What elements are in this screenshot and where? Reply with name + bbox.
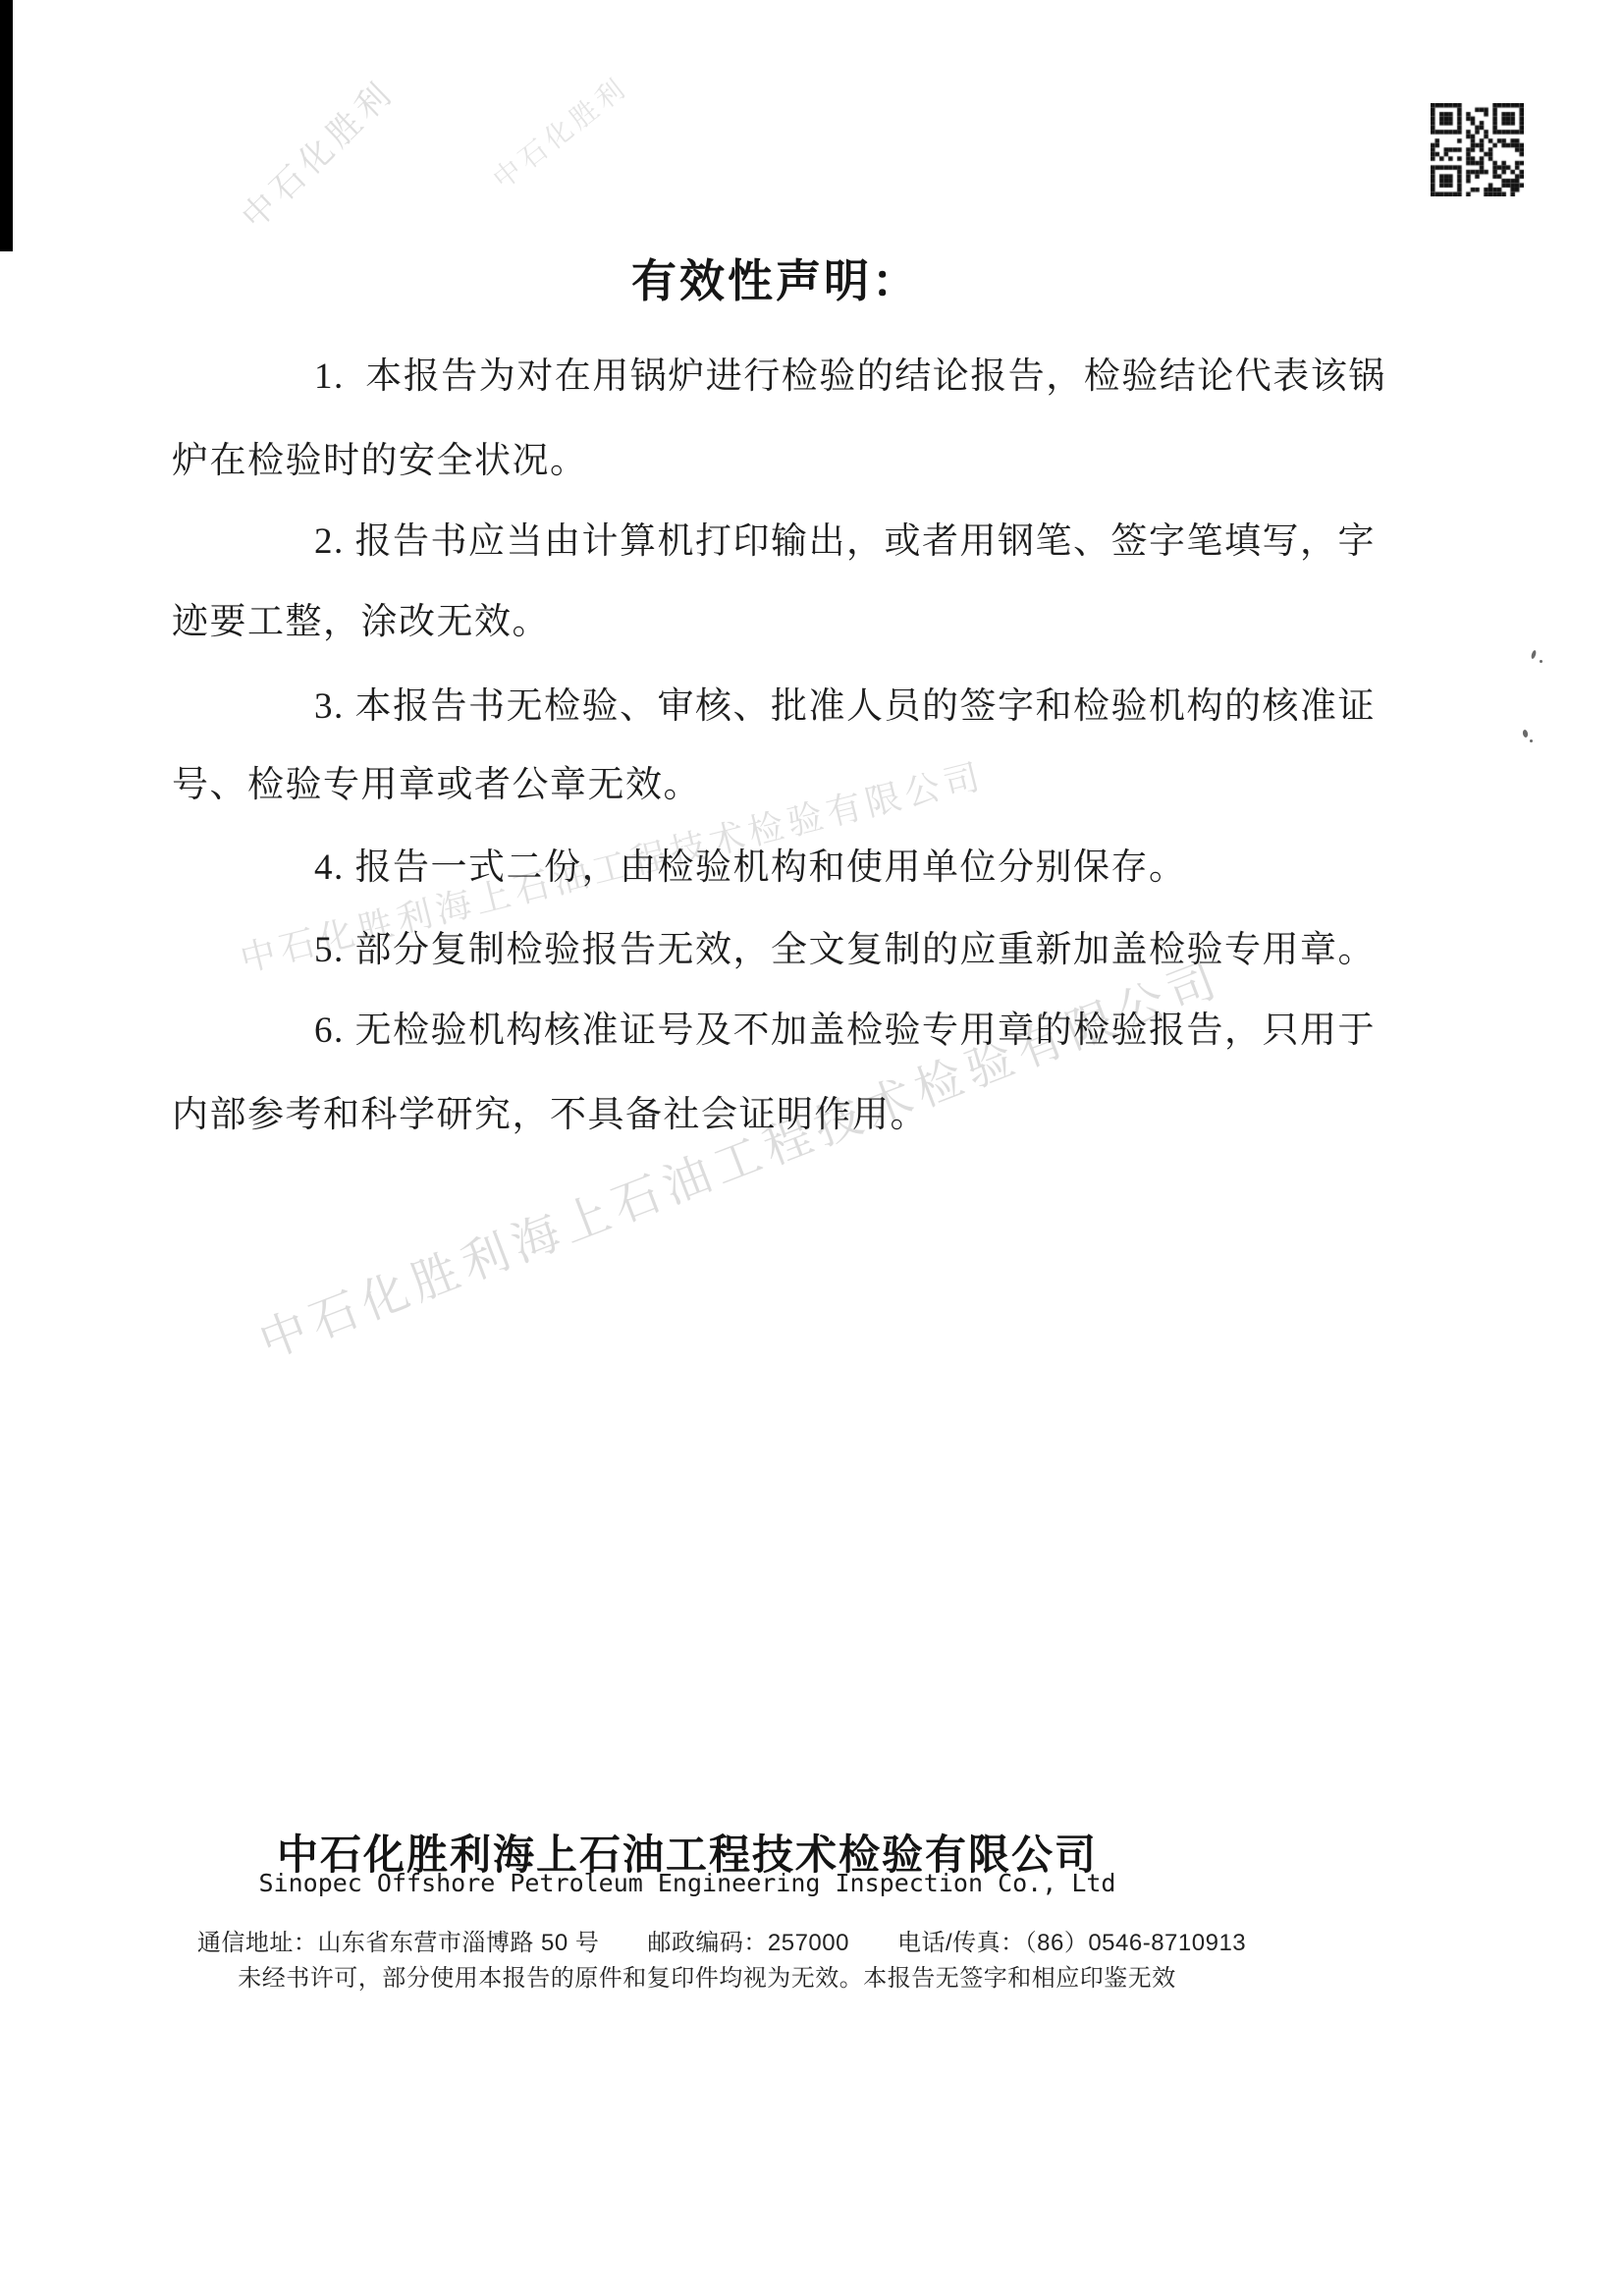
statement-line: 4. 报告一式二份，由检验机构和使用单位分别保存。 [172, 837, 1571, 890]
statement-line: 迹要工整，涂改无效。 [172, 591, 1429, 644]
statement-line: 号、检验专用章或者公章无效。 [172, 754, 1429, 807]
scan-speck [1530, 739, 1533, 742]
watermark-text: 中石化胜利 [229, 67, 404, 238]
page-title: 有效性声明： [172, 246, 1380, 310]
statement-line: 1. 本报告为对在用锅炉进行检验的结论报告，检验结论代表该锅 [172, 346, 1571, 399]
statement-line: 2. 报告书应当由计算机打印输出，或者用钢笔、签字笔填写，字 [172, 511, 1571, 564]
scan-edge-artifact [0, 0, 13, 251]
scan-speck [1522, 730, 1529, 738]
statement-line: 6. 无检验机构核准证号及不加盖检验专用章的检验报告，只用于 [172, 1000, 1571, 1053]
qr-code-icon [1431, 103, 1524, 196]
scan-speck [1531, 650, 1538, 660]
statement-line: 炉在检验时的安全状况。 [172, 430, 1429, 483]
watermark-text: 中石化胜利 [484, 67, 636, 197]
scan-speck [1540, 660, 1542, 663]
contact-info: 通信地址：山东省东营市淄博路 50 号 邮政编码：257000 电话/传真：（8… [147, 1923, 1296, 1957]
document-page: 中石化胜利中石化胜利中石化胜利海上石油工程技术检验有限公司中石化胜利海上石油工程… [0, 0, 1623, 2296]
statement-line: 内部参考和科学研究，不具备社会证明作用。 [172, 1084, 1429, 1137]
company-name-en: Sinopec Offshore Petroleum Engineering I… [147, 1869, 1227, 1897]
statement-line: 5. 部分复制检验报告无效，全文复制的应重新加盖检验专用章。 [172, 919, 1571, 972]
statement-line: 3. 本报告书无检验、审核、批准人员的签字和检验机构的核准证 [172, 676, 1571, 729]
disclaimer: 未经书许可，部分使用本报告的原件和复印件均视为无效。本报告无签字和相应印鉴无效 [133, 1958, 1281, 1993]
